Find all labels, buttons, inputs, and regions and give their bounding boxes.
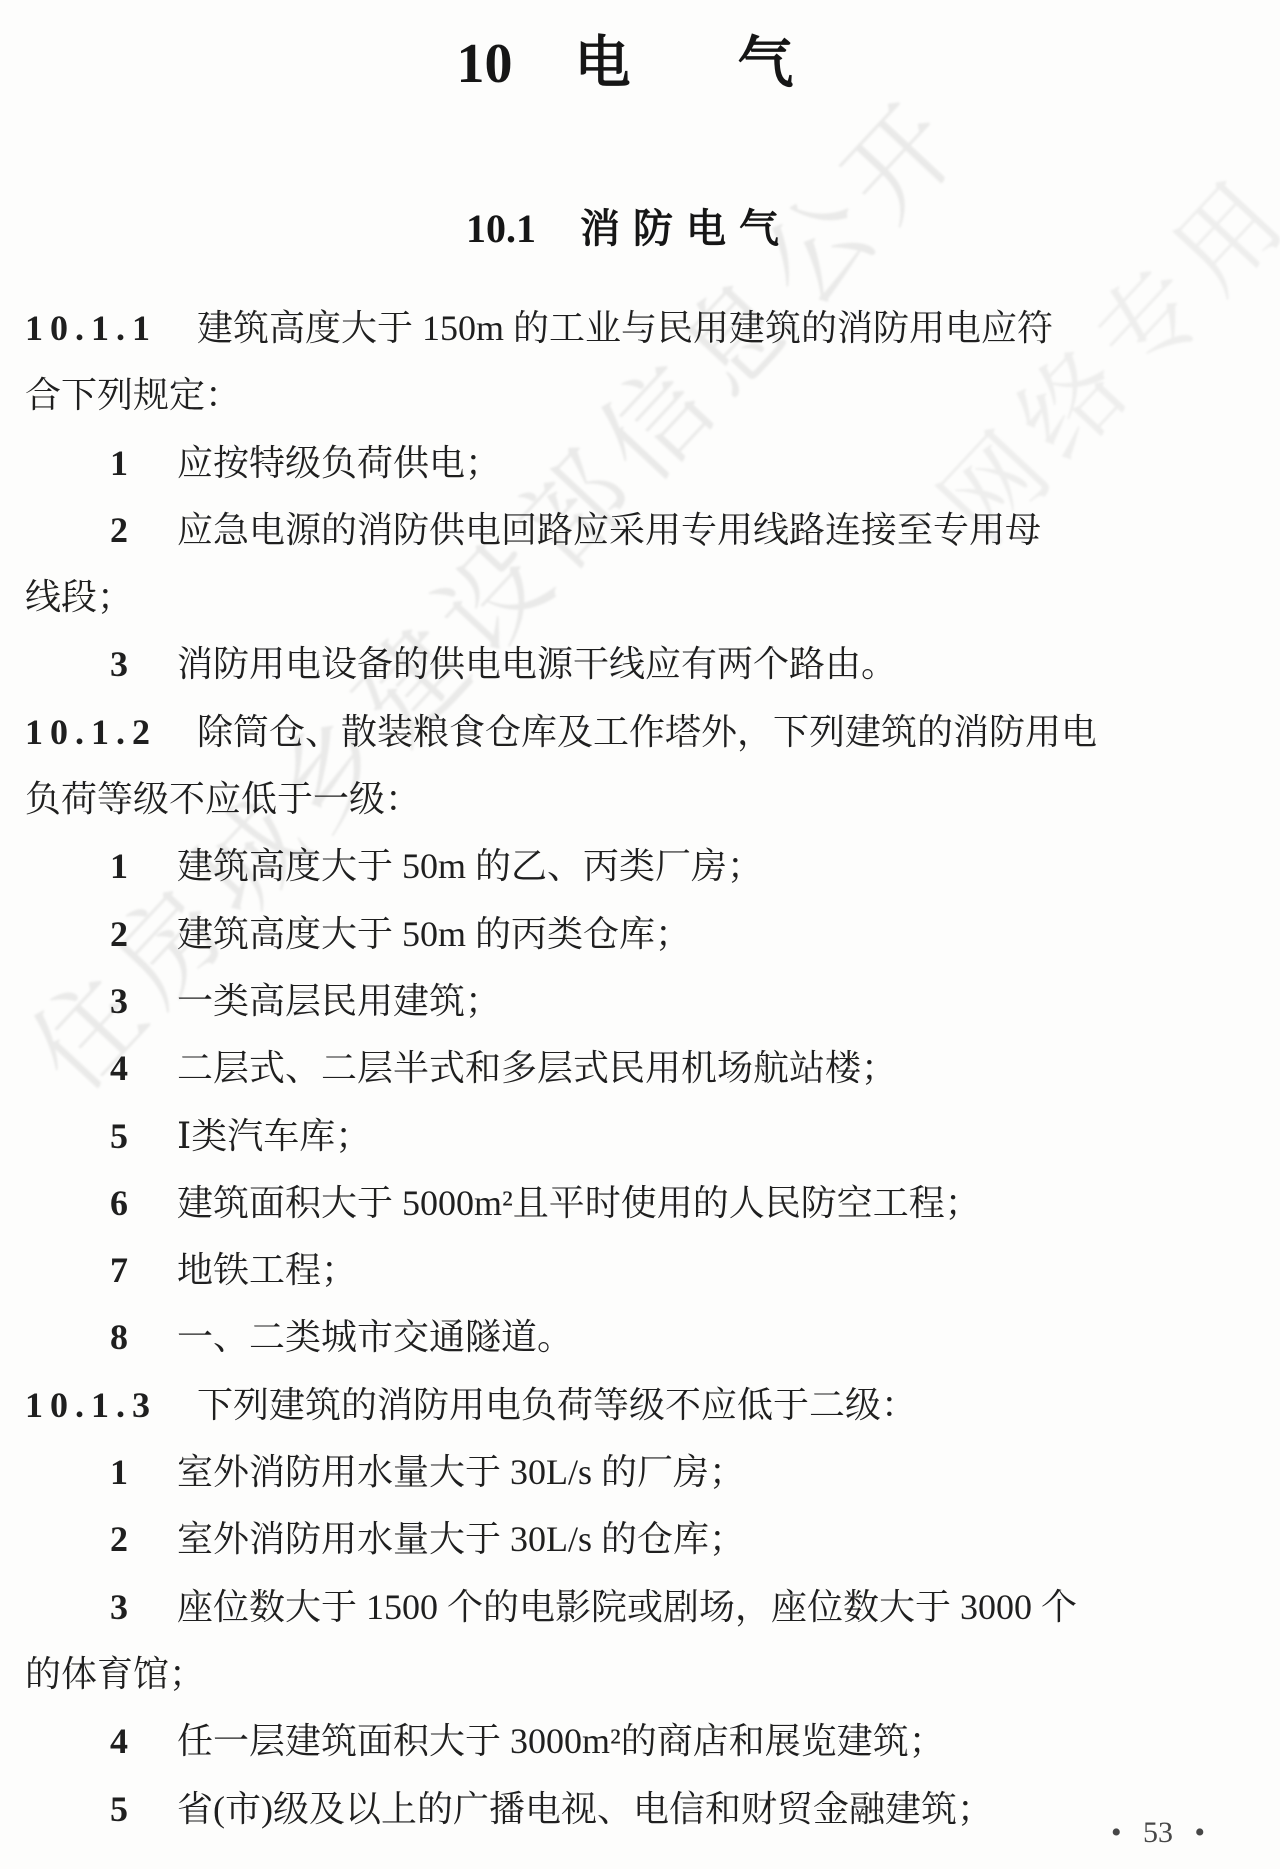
line-text: 一类高层民用建筑； [177, 981, 501, 1021]
item-number: 7 [110, 1250, 128, 1290]
document-body: 10.1.1建筑高度大于 150m 的工业与民用建筑的消防用电应符合下列规定：1… [25, 295, 1205, 1843]
clause-number: 10.1.3 [25, 1385, 157, 1425]
item-number: 1 [110, 1452, 128, 1492]
item-line: 4任一层建筑面积大于 3000m²的商店和展览建筑； [25, 1708, 1205, 1775]
line-text: 负荷等级不应低于一级： [25, 779, 421, 819]
document-page: 住房城乡建设部信息公开网络专用 10电气 10.1消防电气 10.1.1建筑高度… [0, 0, 1280, 1869]
item-line: 6建筑面积大于 5000m²且平时使用的人民防空工程； [25, 1170, 1205, 1237]
line-text: 建筑高度大于 50m 的乙、丙类厂房； [177, 846, 763, 886]
item-number: 4 [110, 1048, 128, 1088]
line-text: 建筑高度大于 50m 的丙类仓库； [177, 914, 691, 954]
line-text: 消防用电设备的供电电源干线应有两个路由。 [177, 644, 897, 684]
continuation-line: 合下列规定： [25, 362, 1205, 429]
line-text: 室外消防用水量大于 30L/s 的仓库； [177, 1519, 745, 1559]
page-number-text: • 53 • [1111, 1816, 1205, 1849]
line-text: 应急电源的消防供电回路应采用专用线路连接至专用母 [177, 510, 1041, 550]
chapter-title: 电气 [575, 33, 901, 95]
item-line: 3座位数大于 1500 个的电影院或剧场，座位数大于 3000 个 [25, 1574, 1205, 1641]
item-line: 5Ⅰ类汽车库； [25, 1103, 1205, 1170]
line-text: 的体育馆； [25, 1654, 205, 1694]
clause-line: 10.1.1建筑高度大于 150m 的工业与民用建筑的消防用电应符 [25, 295, 1205, 362]
continuation-line: 的体育馆； [25, 1641, 1205, 1708]
item-line: 1应按特级负荷供电； [25, 430, 1205, 497]
clause-line: 10.1.2除筒仓、散装粮食仓库及工作塔外，下列建筑的消防用电 [25, 699, 1205, 766]
line-text: 室外消防用水量大于 30L/s 的厂房； [177, 1452, 745, 1492]
line-text: 任一层建筑面积大于 3000m²的商店和展览建筑； [177, 1721, 945, 1761]
item-line: 2室外消防用水量大于 30L/s 的仓库； [25, 1506, 1205, 1573]
item-number: 2 [110, 914, 128, 954]
item-line: 2应急电源的消防供电回路应采用专用线路连接至专用母 [25, 497, 1205, 564]
line-text: 建筑面积大于 5000m²且平时使用的人民防空工程； [177, 1183, 981, 1223]
clause-number: 10.1.2 [25, 712, 157, 752]
item-line: 4二层式、二层半式和多层式民用机场航站楼； [25, 1035, 1205, 1102]
item-number: 3 [110, 1587, 128, 1627]
clause-line: 10.1.3下列建筑的消防用电负荷等级不应低于二级： [25, 1372, 1205, 1439]
item-line: 1室外消防用水量大于 30L/s 的厂房； [25, 1439, 1205, 1506]
line-text: 下列建筑的消防用电负荷等级不应低于二级： [197, 1385, 917, 1425]
page-number: • 53 • [0, 1816, 1205, 1850]
item-number: 1 [110, 443, 128, 483]
item-number: 3 [110, 981, 128, 1021]
line-text: 一、二类城市交通隧道。 [177, 1317, 573, 1357]
chapter-heading: 10电气 [0, 34, 1250, 96]
line-text: 线段； [25, 577, 133, 617]
line-text: 合下列规定： [25, 375, 241, 415]
item-number: 4 [110, 1721, 128, 1761]
continuation-line: 线段； [25, 564, 1205, 631]
item-number: 2 [110, 1519, 128, 1559]
line-text: 除筒仓、散装粮食仓库及工作塔外，下列建筑的消防用电 [197, 712, 1097, 752]
item-line: 3消防用电设备的供电电源干线应有两个路由。 [25, 631, 1205, 698]
item-line: 2建筑高度大于 50m 的丙类仓库； [25, 901, 1205, 968]
item-number: 2 [110, 510, 128, 550]
item-number: 3 [110, 644, 128, 684]
item-line: 8一、二类城市交通隧道。 [25, 1304, 1205, 1371]
section-number: 10.1 [466, 206, 536, 251]
line-text: 地铁工程； [177, 1250, 357, 1290]
item-number: 1 [110, 846, 128, 886]
chapter-number: 10 [457, 33, 513, 95]
section-title: 消防电气 [580, 206, 792, 251]
item-line: 3一类高层民用建筑； [25, 968, 1205, 1035]
item-number: 8 [110, 1317, 128, 1357]
continuation-line: 负荷等级不应低于一级： [25, 766, 1205, 833]
item-number: 6 [110, 1183, 128, 1223]
line-text: 应按特级负荷供电； [177, 443, 501, 483]
clause-number: 10.1.1 [25, 308, 157, 348]
item-line: 1建筑高度大于 50m 的乙、丙类厂房； [25, 833, 1205, 900]
item-line: 7地铁工程； [25, 1237, 1205, 1304]
section-heading: 10.1消防电气 [0, 206, 1245, 252]
line-text: Ⅰ类汽车库； [177, 1116, 371, 1156]
item-number: 5 [110, 1116, 128, 1156]
line-text: 二层式、二层半式和多层式民用机场航站楼； [177, 1048, 897, 1088]
line-text: 座位数大于 1500 个的电影院或剧场，座位数大于 3000 个 [177, 1587, 1077, 1627]
line-text: 建筑高度大于 150m 的工业与民用建筑的消防用电应符 [197, 308, 1053, 348]
